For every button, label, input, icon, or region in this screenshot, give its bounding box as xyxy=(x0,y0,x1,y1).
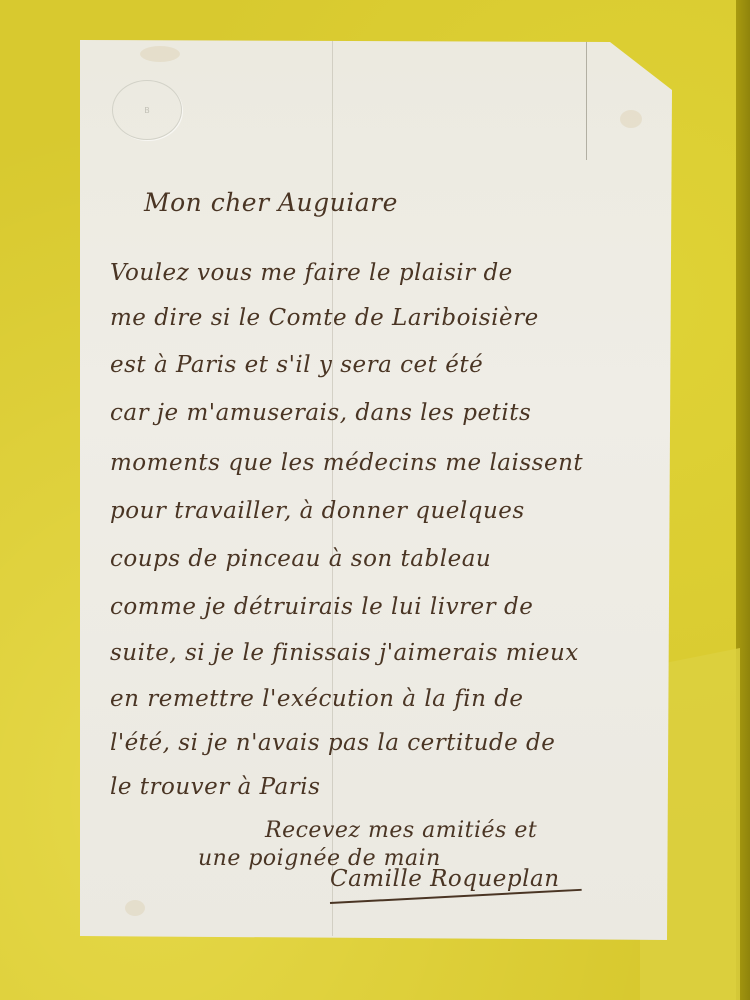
letter-sheet: B Mon cher Auguiare Voulez vous me faire… xyxy=(80,40,672,940)
letter-body-line: suite, si je le finissais j'aimerais mie… xyxy=(110,640,579,666)
letter-salutation: Mon cher Auguiare xyxy=(144,188,398,217)
paper-stain xyxy=(620,110,642,128)
letter-body-line: car je m'amuserais, dans les petits xyxy=(110,400,531,426)
paper-stain xyxy=(140,46,180,62)
letter-body-line: en remettre l'exécution à la fin de xyxy=(110,686,524,712)
letter-body-line: l'été, si je n'avais pas la certitude de xyxy=(110,730,555,756)
letter-body-line: moments que les médecins me laissent xyxy=(110,450,583,476)
letter-closing-line: Recevez mes amitiés et xyxy=(265,818,537,843)
letter-body-line: comme je détruirais le lui livrer de xyxy=(110,594,533,620)
letter-body-line: Voulez vous me faire le plaisir de xyxy=(110,260,513,286)
letter-signature: Camille Roqueplan xyxy=(330,866,560,892)
paper-crease xyxy=(586,40,587,160)
letter-body-line: pour travailler, à donner quelques xyxy=(110,498,525,524)
letter-body-line: coups de pinceau à son tableau xyxy=(110,546,491,572)
letter-body-line: le trouver à Paris xyxy=(110,774,320,800)
paper-stain xyxy=(125,900,145,916)
embossed-stamp-icon: B xyxy=(112,80,182,140)
letter-body-line: est à Paris et s'il y sera cet été xyxy=(110,352,483,378)
paper-fold-line xyxy=(332,40,333,936)
letter-body-line: me dire si le Comte de Lariboisière xyxy=(110,305,539,331)
stamp-mark: B xyxy=(144,106,150,115)
